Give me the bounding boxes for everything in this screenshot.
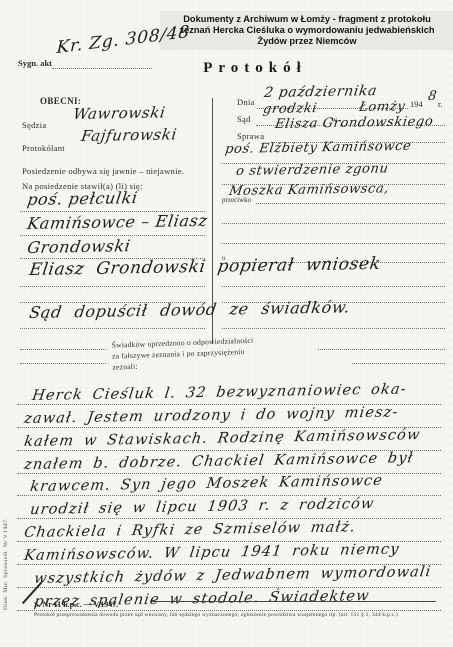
archive-note-line: Dokumenty z Archiwum w Łomży - fragment … xyxy=(162,14,452,25)
testimony-row: znałem b. dobrze. Chackiel Kamińsowce by… xyxy=(17,451,441,474)
court-label: Sąd xyxy=(237,114,251,124)
court-type-handwritten: grodzki xyxy=(262,101,318,117)
case-line4-handwritten: Moszka Kamińsowsca, xyxy=(228,181,390,199)
against-rule xyxy=(256,203,445,204)
print-shop-side-note: Druk. Min. Sprawiedl. Nr V.1947. xyxy=(3,460,9,610)
testimony-row: wszystkich żydów z Jedwabnem wymordowali xyxy=(17,565,441,588)
page-title: Protokół xyxy=(170,60,340,77)
oath-note: Świadków uprzedzono o odpowiedzialności … xyxy=(111,332,322,372)
footer-fine-print: Protokół przeprowadzenia dowodu przez są… xyxy=(34,612,398,618)
judge-name-handwritten: Wawrowski xyxy=(72,103,167,123)
case-ref-label: Sygn. akt xyxy=(18,58,52,68)
case-ref-handwritten: Kr. Zg. 308/48 xyxy=(56,22,190,58)
oath-rule-1l xyxy=(20,349,106,350)
testimony-line-handwritten: Chackiela i Ryfki ze Szmiselów małż. xyxy=(23,519,357,541)
date-handwritten: 2 października xyxy=(263,83,378,101)
case-line1-handwritten: Elisza Grondowskiego xyxy=(274,114,434,132)
appeared-line-handwritten: Grondowski xyxy=(26,236,132,257)
clerk-label: Protokólant xyxy=(22,143,65,153)
appeared-line-handwritten: Kamińsowce – Eliasz xyxy=(26,211,209,233)
oath-rule-1r xyxy=(318,349,445,350)
testimony-line-handwritten: urodził się w lipcu 1903 r. z rodziców xyxy=(29,496,376,518)
testimony-row: Kamińsowsców. W lipcu 1941 roku niemcy xyxy=(17,542,441,565)
testimony-line-handwritten: wszystkich żydów z Jedwabnem wymordowali xyxy=(33,564,433,587)
case-line2-handwritten: poś. Elżbiety Kamińsowce xyxy=(224,139,412,157)
year-prefix: 194 xyxy=(410,99,423,109)
testimony-line-handwritten: krawcem. Syn jego Moszek Kamińsowce xyxy=(29,473,384,495)
testimony-line-handwritten: kałem w Stawiskach. Rodzinę Kamińsowsców xyxy=(23,427,422,450)
archive-note-line: Żydów przez Niemców xyxy=(162,36,452,47)
against-label: przeciwko xyxy=(222,196,251,204)
oath-rule-2r xyxy=(352,363,445,364)
testimony-block: Herck Cieśluk l. 32 bezwyznaniowiec oka-… xyxy=(17,382,441,611)
mid-rule-3r xyxy=(222,328,445,329)
case-ref-rule xyxy=(52,68,152,69)
mid-rule-1l xyxy=(20,286,205,287)
testimony-row: zawał. Jestem urodzony i do wojny miesz- xyxy=(17,405,441,428)
testimony-row: Chackiela i Ryfki ze Szmiselów małż. xyxy=(17,519,441,542)
case-label: Sprawa xyxy=(237,131,264,141)
appeared-line-handwritten: poś. pełculki xyxy=(26,188,139,209)
blank-rule-1 xyxy=(222,223,445,224)
clerk-name-handwritten: Fajfurowski xyxy=(80,125,178,145)
mid-rule-3l xyxy=(20,328,205,329)
footer-line xyxy=(150,601,436,602)
judge-label: Sędzia xyxy=(22,120,46,130)
form-reference: S. Nr 11 k.p.c. — V.1947. xyxy=(34,600,118,609)
blank-rule-2 xyxy=(222,243,445,244)
year-suffix: r. xyxy=(438,99,443,109)
scanned-protocol-document: Dokumenty z Archiwum w Łomży - fragment … xyxy=(0,0,453,647)
mid-rule-1r xyxy=(222,286,445,287)
court-city-handwritten: Łomży xyxy=(358,99,406,115)
session-note: Posiedzenie odbywa się jawnie – niejawni… xyxy=(22,166,184,176)
oath-rule-2l xyxy=(20,363,106,364)
date-label: Dnia xyxy=(237,97,255,107)
testimony-line-handwritten: znałem b. dobrze. Chackiel Kamińsowce by… xyxy=(23,450,415,473)
archive-note: Dokumenty z Archiwum w Łomży - fragment … xyxy=(160,11,453,50)
year-digit-handwritten: 8 xyxy=(427,89,438,104)
testimony-line-handwritten: Herck Cieśluk l. 32 bezwyznaniowiec oka- xyxy=(31,381,408,404)
testimony-row: urodził się w lipcu 1903 r. z rodziców xyxy=(17,496,441,519)
case-line3-handwritten: o stwierdzenie zgonu xyxy=(235,161,390,179)
testimony-row: krawcem. Syn jego Moszek Kamińsowce xyxy=(17,474,441,497)
archive-note-line: zeznań Hercka Cieśluka o wymordowaniu je… xyxy=(162,25,452,36)
testimony-row: kałem w Stawiskach. Rodzinę Kamińsowsców xyxy=(17,428,441,451)
testimony-line-handwritten: zawał. Jestem urodzony i do wojny miesz- xyxy=(23,404,399,427)
testimony-row: Herck Cieśluk l. 32 bezwyznaniowiec oka- xyxy=(17,382,441,405)
testimony-line-handwritten: Kamińsowsców. W lipcu 1941 roku niemcy xyxy=(23,542,401,565)
